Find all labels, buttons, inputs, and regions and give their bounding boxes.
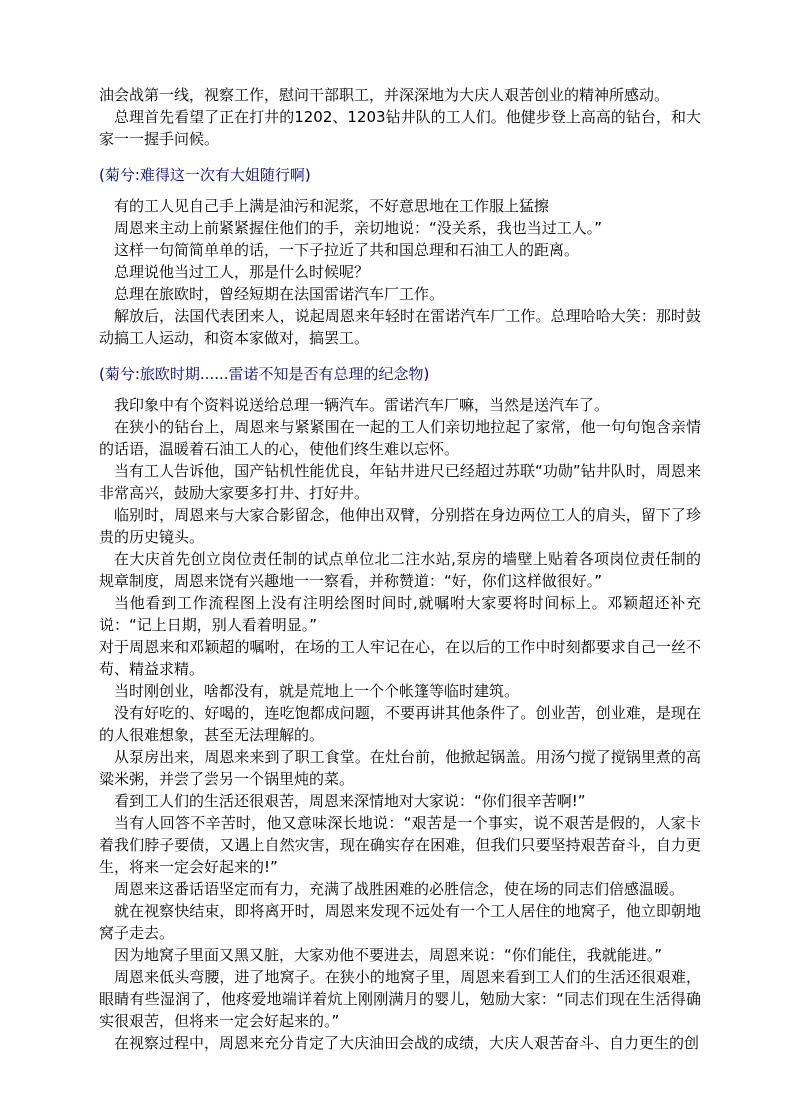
paragraph: 没有好吃的、好喝的，连吃饱都成问题，不要再讲其他条件了。创业苦，创业难，是现在的… bbox=[99, 702, 701, 746]
paragraph: 在视察过程中，周恩来充分肯定了大庆油田会战的成绩，大庆人艰苦奋斗、自力更生的创 bbox=[99, 1032, 701, 1054]
paragraph: 当他看到工作流程图上没有注明绘图时间时,就嘱咐大家要将时间标上。邓颖超还补充说：… bbox=[99, 592, 701, 636]
paragraph: 就在视察快结束，即将离开时，周恩来发现不远处有一个工人居住的地窝子，他立即朝地窝… bbox=[99, 900, 701, 944]
document-page: 油会战第一线，视察工作，慰问干部职工，并深深地为大庆人艰苦创业的精神所感动。总理… bbox=[0, 0, 800, 1100]
paragraph: 周恩来主动上前紧紧握住他们的手，亲切地说：“没关系，我也当过工人。” bbox=[99, 217, 701, 239]
paragraph: 周恩来低头弯腰，进了地窝子。在狭小的地窝子里，周恩来看到工人们的生活还很艰难，眼… bbox=[99, 966, 701, 1032]
paragraph: 周恩来这番话语坚定而有力，充满了战胜困难的必胜信念，使在场的同志们倍感温暖。 bbox=[99, 878, 701, 900]
paragraph: 看到工人们的生活还很艰苦，周恩来深情地对大家说：“你们很辛苦啊!” bbox=[99, 790, 701, 812]
paragraph: 当有工人告诉他，国产钻机性能优良，年钻井进尺已经超过苏联“功勋”钻井队时，周恩来… bbox=[99, 460, 701, 504]
paragraph: 油会战第一线，视察工作，慰问干部职工，并深深地为大庆人艰苦创业的精神所感动。 bbox=[99, 84, 701, 106]
paragraph: 这样一句简简单单的话，一下子拉近了共和国总理和石油工人的距离。 bbox=[99, 239, 701, 261]
paragraph: 在狭小的钻台上，周恩来与紧紧围在一起的工人们亲切地拉起了家常，他一句句饱含亲情的… bbox=[99, 416, 701, 460]
paragraph: 总理首先看望了正在打井的1202、1203钻井队的工人们。他健步登上高高的钻台，… bbox=[99, 106, 701, 150]
paragraph: 有的工人见自己手上满是油污和泥浆，不好意思地在工作服上猛擦 bbox=[99, 195, 701, 217]
paragraph: 临别时，周恩来与大家合影留念，他伸出双臂，分别搭在身边两位工人的肩头，留下了珍贵… bbox=[99, 504, 701, 548]
paragraph: 解放后，法国代表团来人，说起周恩来年轻时在雷诺汽车厂工作。总理哈哈大笑：那时鼓动… bbox=[99, 305, 701, 349]
paragraph: 总理说他当过工人，那是什么时候呢？ bbox=[99, 261, 701, 283]
paragraph: 我印象中有个资料说送给总理一辆汽车。雷诺汽车厂嘛，当然是送汽车了。 bbox=[99, 394, 701, 416]
paragraph: 当有人回答不辛苦时，他又意味深长地说：“艰苦是一个事实，说不艰苦是假的，人家卡着… bbox=[99, 812, 701, 878]
paragraph: 从泵房出来，周恩来来到了职工食堂。在灶台前，他掀起锅盖。用汤勺搅了搅锅里煮的高粱… bbox=[99, 746, 701, 790]
document-body: 油会战第一线，视察工作，慰问干部职工，并深深地为大庆人艰苦创业的精神所感动。总理… bbox=[99, 84, 701, 1054]
annotation-note: (菊兮:旅欧时期......雷诺不知是否有总理的纪念物) bbox=[99, 363, 701, 385]
paragraph: 当时刚创业，啥都没有，就是荒地上一个个帐篷等临时建筑。 bbox=[99, 680, 701, 702]
paragraph: 总理在旅欧时，曾经短期在法国雷诺汽车厂工作。 bbox=[99, 283, 701, 305]
annotation-note: (菊兮:难得这一次有大姐随行啊) bbox=[99, 164, 701, 186]
paragraph: 因为地窝子里面又黑又脏，大家劝他不要进去，周恩来说：“你们能住，我就能进。” bbox=[99, 944, 701, 966]
paragraph: 在大庆首先创立岗位责任制的试点单位北二注水站,泵房的墙壁上贴着各项岗位责任制的规… bbox=[99, 548, 701, 592]
paragraph: 对于周恩来和邓颖超的嘱咐，在场的工人牢记在心，在以后的工作中时刻都要求自己一丝不… bbox=[99, 636, 701, 680]
